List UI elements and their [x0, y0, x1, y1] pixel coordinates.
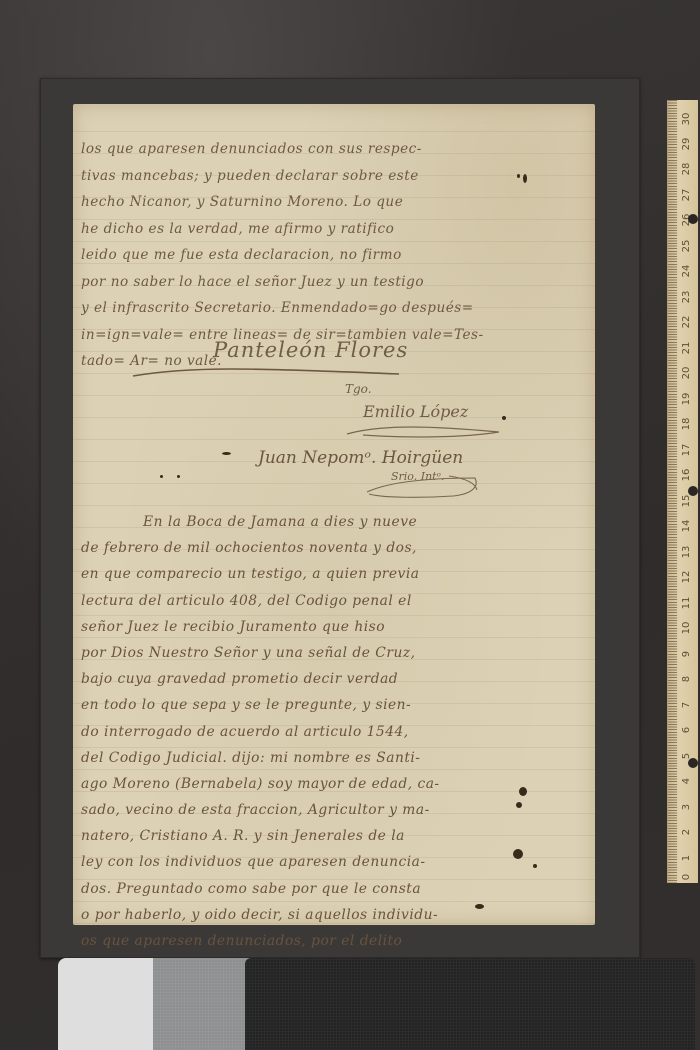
- ruler-hole-icon: [688, 486, 698, 496]
- manuscript-page: los que aparesen denunciados con sus res…: [73, 104, 595, 925]
- text-line: ley con los individuos que aparesen denu…: [81, 849, 586, 875]
- ink-stain: [502, 416, 506, 420]
- color-swatch-gray: [153, 958, 251, 1050]
- ruler-label: 7: [680, 695, 694, 715]
- ruler-label: 19: [680, 389, 694, 409]
- text-line: dos. Preguntado como sabe por que le con…: [81, 876, 586, 902]
- ruler-label: 11: [680, 593, 694, 613]
- text-line: tivas mancebas; y pueden declarar sobre …: [81, 163, 586, 190]
- color-swatch-white: [58, 958, 158, 1050]
- ruler-label: 14: [680, 516, 694, 536]
- text-line: do interrogado de acuerdo al articulo 15…: [81, 719, 586, 745]
- ruler-label: 29: [680, 134, 694, 154]
- ruler-label: 6: [680, 720, 694, 740]
- ruler-label: 4: [680, 771, 694, 791]
- ink-stain: [513, 849, 523, 859]
- ruler-label: 8: [680, 669, 694, 689]
- ruler-label: 16: [680, 465, 694, 485]
- ruler-label: 0: [680, 867, 694, 887]
- text-line: leido que me fue esta declaracion, no fi…: [81, 242, 586, 269]
- signature-secretary: Juan Nepomᵒ. Hoirgüen: [258, 448, 463, 468]
- ruler-label: 28: [680, 159, 694, 179]
- text-line: señor Juez le recibio Juramento que hiso: [81, 614, 586, 640]
- ruler-hole-icon: [688, 758, 698, 768]
- signature-flourish-icon: [363, 472, 483, 500]
- ruler-label: 24: [680, 261, 694, 281]
- text-line: o por haberlo, y oido decir, si aquellos…: [81, 902, 586, 928]
- text-line: he dicho es la verdad, me afirmo y ratif…: [81, 216, 586, 243]
- text-line: os que aparesen denunciados, por el deli…: [81, 928, 586, 954]
- ruler-label: 17: [680, 440, 694, 460]
- ruler-label: 22: [680, 312, 694, 332]
- ink-stain: [177, 475, 180, 478]
- signature-flourish-icon: [343, 422, 503, 440]
- ruler-label: 9: [680, 644, 694, 664]
- ruler-label: 3: [680, 797, 694, 817]
- ink-stain: [523, 174, 527, 183]
- text-line: lectura del articulo 408, del Codigo pen…: [81, 588, 586, 614]
- ink-stain: [517, 174, 520, 178]
- ruler-label: 13: [680, 542, 694, 562]
- measurement-ruler: 30 29 28 27 26 25 24 23 22 21 20 19 18 1…: [667, 100, 698, 883]
- color-swatch-black: [245, 958, 695, 1050]
- text-line: hecho Nicanor, y Saturnino Moreno. Lo qu…: [81, 189, 586, 216]
- ink-stain: [475, 904, 484, 909]
- signature-pantaleon-flores: Panteleón Flores: [213, 338, 408, 362]
- ink-stain: [160, 475, 163, 478]
- ruler-label: 21: [680, 338, 694, 358]
- witness-label: Tgo.: [345, 382, 372, 396]
- text-line: natero, Cristiano A. R. y sin Jenerales …: [81, 823, 586, 849]
- text-line: por no saber lo hace el señor Juez y un …: [81, 269, 586, 296]
- text-line: los que aparesen denunciados con sus res…: [81, 136, 586, 163]
- ruler-label: 1: [680, 848, 694, 868]
- text-line: del Codigo Judicial. dijo: mi nombre es …: [81, 745, 586, 771]
- ink-stain: [519, 787, 527, 796]
- ink-stain: [516, 802, 522, 808]
- paragraph-witness-testimony: En la Boca de Jamana a dies y nueve de f…: [81, 509, 586, 980]
- ruler-label: 30: [680, 109, 694, 129]
- text-line: en todo lo que sepa y se le pregunte, y …: [81, 692, 586, 718]
- ruler-label: 10: [680, 618, 694, 638]
- ruler-label: 25: [680, 236, 694, 256]
- ink-stain: [533, 864, 537, 868]
- ruler-hole-icon: [688, 214, 698, 224]
- ink-stain: [222, 452, 231, 455]
- ruler-label: 23: [680, 287, 694, 307]
- signature-emilio-lopez: Emilio López: [363, 402, 468, 421]
- text-line: bajo cuya gravedad prometio decir verdad: [81, 666, 586, 692]
- ruler-label: 12: [680, 567, 694, 587]
- ruler-label: 2: [680, 822, 694, 842]
- ruler-label: 20: [680, 363, 694, 383]
- text-line: en que comparecio un testigo, a quien pr…: [81, 561, 586, 587]
- ruler-ticks: [668, 100, 677, 883]
- text-line: ago Moreno (Bernabela) soy mayor de edad…: [81, 771, 586, 797]
- text-line: sado, vecino de esta fraccion, Agriculto…: [81, 797, 586, 823]
- ruler-label: 18: [680, 414, 694, 434]
- text-line: por Dios Nuestro Señor y una señal de Cr…: [81, 640, 586, 666]
- signature-flourish-icon: [131, 366, 401, 378]
- text-line: de febrero de mil ochocientos noventa y …: [81, 535, 586, 561]
- ruler-label: 27: [680, 185, 694, 205]
- text-line: En la Boca de Jamana a dies y nueve: [81, 509, 586, 535]
- text-line: y el infrascrito Secretario. Enmendado=g…: [81, 295, 586, 322]
